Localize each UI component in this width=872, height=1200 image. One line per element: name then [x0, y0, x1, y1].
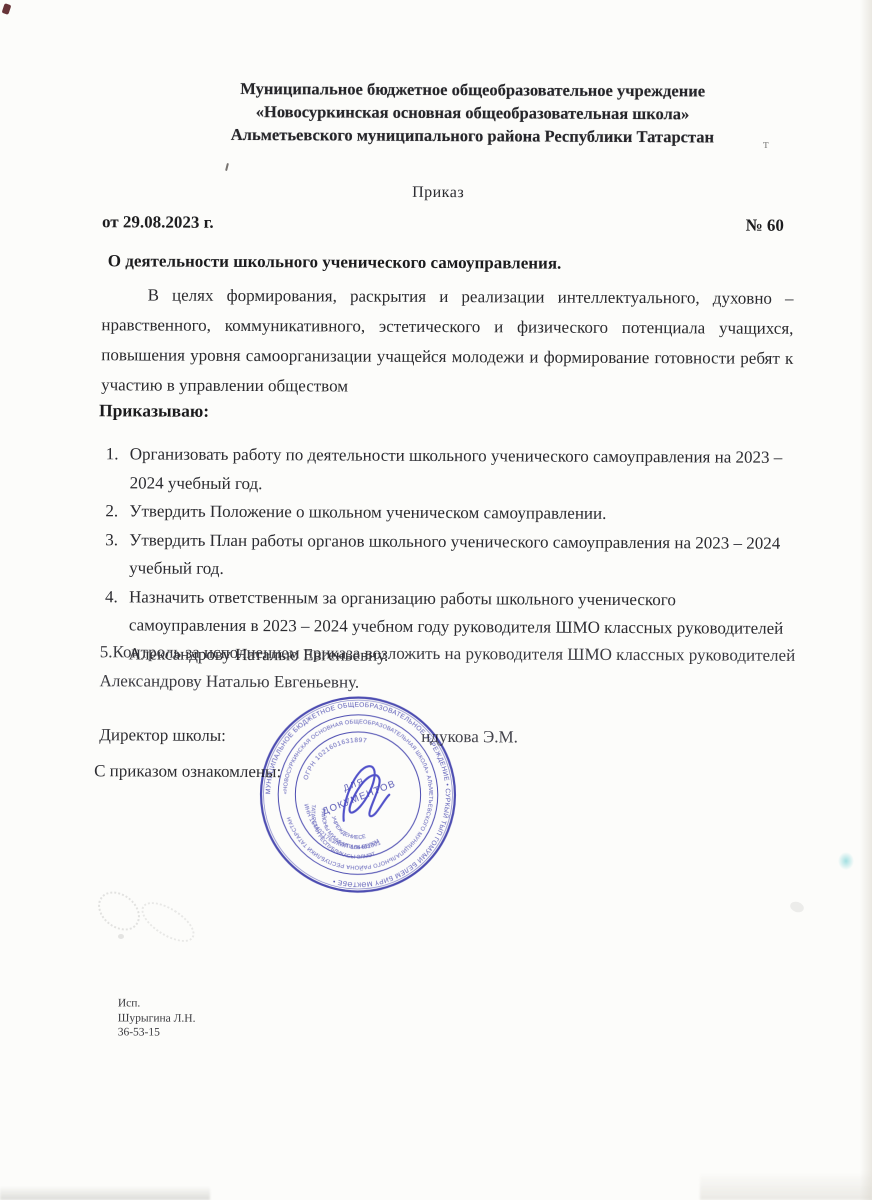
command-word: Приказываю:: [99, 400, 209, 422]
date-number-row: от 29.08.2023 г. № 60: [102, 212, 784, 236]
scanned-order-document: т Муниципальное бюджетное общеобразовате…: [0, 0, 872, 1200]
item-text: Утвердить План работы органов школьного …: [129, 530, 780, 578]
item-number: 1.: [106, 440, 119, 469]
order-number: № 60: [746, 216, 784, 236]
order-item-5: 5.Контроль за исполнением приказа возлож…: [99, 638, 805, 699]
order-item-1: 1. Организовать работу по деятельности ш…: [106, 440, 786, 501]
document-content: Муниципальное бюджетное общеобразователь…: [0, 0, 872, 1200]
order-items-list: 1. Организовать работу по деятельности ш…: [105, 440, 786, 672]
executor-label: Исп.: [118, 996, 196, 1011]
item-text: Организовать работу по деятельности школ…: [130, 444, 783, 492]
executor-footer: Исп. Шурыгина Л.Н. 36-53-15: [118, 996, 196, 1040]
document-type-title: Приказ: [2, 182, 872, 205]
executor-name: Шурыгина Л.Н.: [118, 1011, 196, 1026]
organization-header: Муниципальное бюджетное общеобразователь…: [127, 76, 817, 149]
order-date: от 29.08.2023 г.: [102, 212, 214, 233]
official-round-stamp: МУНИЦИПАЛЬНОЕ БЮДЖЕТНОЕ ОБЩЕОБРАЗОВАТЕЛЬ…: [256, 693, 459, 896]
signature-role: Директор школы:: [99, 725, 226, 745]
executor-phone: 36-53-15: [118, 1025, 196, 1040]
order-preamble: В целях формирования, раскрытия и реализ…: [101, 280, 794, 404]
item-number: 4.: [105, 583, 118, 612]
order-item-3: 3. Утвердить План работы органов школьно…: [105, 526, 785, 587]
order-item-2: 2. Утвердить Положение о школьном ученич…: [105, 497, 785, 529]
item-text: Утвердить Положение о школьном ученическ…: [129, 501, 606, 522]
org-name-line3: Альметьевского муниципального района Рес…: [127, 122, 817, 149]
order-subject: О деятельности школьного ученического са…: [108, 251, 562, 273]
item-number: 3.: [105, 526, 118, 555]
item-number: 2.: [105, 497, 118, 526]
